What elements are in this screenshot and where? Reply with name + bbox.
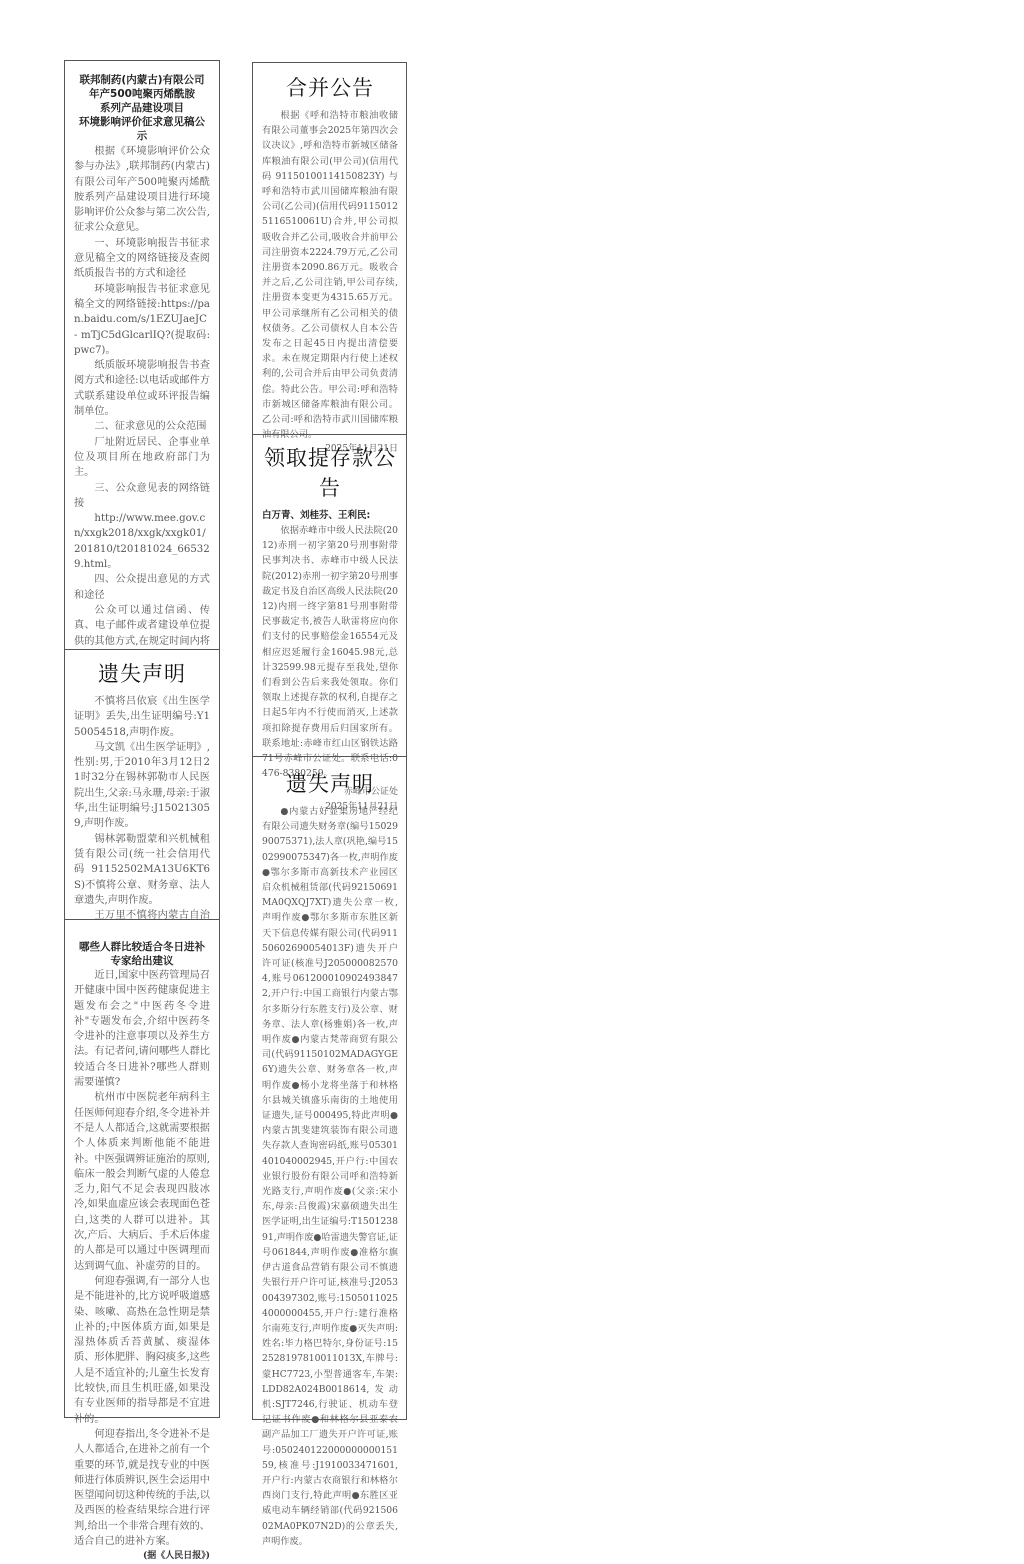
source: (据《人民日报》) xyxy=(74,1549,210,1564)
paragraph: 纸质版环境影响报告书查阅方式和途径:以电话或邮件方式联系建设单位或环评报告编制单… xyxy=(74,358,210,419)
section-title: 遗失声明 xyxy=(74,658,210,688)
paragraph: 根据《呼和浩特市粮油收储有限公司董事会2025年第四次会议决议》,呼和浩特市新城… xyxy=(262,108,398,442)
paragraph: 不慎将吕依宸《出生医学证明》丢失,出生证明编号:Y150054518,声明作废。 xyxy=(74,694,210,740)
lost-statement-2: 遗失声明 ●内蒙古好显集房地产经纪有限公司遗失财务章(编号15029900753… xyxy=(262,768,398,1549)
paragraph: 三、公众意见表的网络链接 xyxy=(74,481,210,512)
divider xyxy=(252,434,407,435)
paragraph: 二、征求意见的公众范围 xyxy=(74,419,210,434)
health-article-box: 哪些人群比较适合冬日进补 专家给出建议 近日,国家中医药管理局召开健康中国中医药… xyxy=(64,919,220,1418)
paragraph: 根据《环境影响评价公众参与办法》,联邦制药(内蒙古)有限公司年产500吨聚丙烯酰… xyxy=(74,144,210,236)
paragraph: 四、公众提出意见的方式和途径 xyxy=(74,572,210,603)
env-notice-box: 联邦制药(内蒙古)有限公司 年产500吨聚丙烯酰胺 系列产品建设项目 环境影响评… xyxy=(64,60,220,650)
section-title: 合并公告 xyxy=(262,72,398,102)
article-title: 哪些人群比较适合冬日进补 xyxy=(74,940,210,954)
paragraph: 厂址附近居民、企事业单位及项目所在地政府部门为主。 xyxy=(74,435,210,481)
link-paragraph[interactable]: 环境影响报告书征求意见稿全文的网络链接:https://pan.baidu.co… xyxy=(74,282,210,358)
env-notice-title: 联邦制药(内蒙古)有限公司 年产500吨聚丙烯酰胺 系列产品建设项目 环境影响评… xyxy=(74,73,210,143)
paragraph: ●内蒙古好显集房地产经纪有限公司遗失财务章(编号1502990075371),法… xyxy=(262,804,398,1549)
paragraph: 近日,国家中医药管理局召开健康中国中医药健康促进主题发布会之"中医药冬令进补"专… xyxy=(74,968,210,1090)
addressee: 白万青、刘桂芬、王利民: xyxy=(262,508,398,523)
paragraph: 马文凯《出生医学证明》,性别:男,于2010年3月12日21时32分在锡林郭勒市… xyxy=(74,740,210,832)
section-title: 领取提存款公告 xyxy=(262,442,398,502)
paragraph: 依据赤峰市中级人民法院(2012)赤刑一初字第20号刑事附带民事判决书、赤峰市中… xyxy=(262,523,398,781)
paragraph: 一、环境影响报告书征求意见稿全文的网络链接及查阅纸质报告书的方式和途径 xyxy=(74,236,210,282)
merger-notice: 合并公告 根据《呼和浩特市粮油收储有限公司董事会2025年第四次会议决议》,呼和… xyxy=(262,72,398,457)
paragraph: 杭州市中医院老年病科主任医师何迎春介绍,冬令进补并不是人人都适合,这就需要根据个… xyxy=(74,1090,210,1274)
title-line: 环境影响评价征求意见稿公示 xyxy=(74,115,210,143)
url-link[interactable]: http://www.mee.gov.cn/xxgk2018/xxgk/xxgk… xyxy=(74,511,210,572)
paragraph: 锡林郭勒盟蒙和兴机械租赁有限公司(统一社会信用代码91152502MA13U6K… xyxy=(74,832,210,908)
section-title: 遗失声明 xyxy=(262,768,398,798)
paragraph: 何迎春强调,有一部分人也是不能进补的,比方说呼吸道感染、咳嗽、高热在急性期是禁止… xyxy=(74,1274,210,1427)
paragraph: 何迎春指出,冬令进补不是人人都适合,在进补之前有一个重要的环节,就是找专业的中医… xyxy=(74,1427,210,1549)
article-subtitle: 专家给出建议 xyxy=(74,954,210,968)
title-line: 联邦制药(内蒙古)有限公司 xyxy=(74,73,210,87)
title-line: 年产500吨聚丙烯酰胺 xyxy=(74,87,210,101)
lost-statement-box: 遗失声明 不慎将吕依宸《出生医学证明》丢失,出生证明编号:Y150054518,… xyxy=(64,649,220,920)
deposit-notice: 领取提存款公告 白万青、刘桂芬、王利民: 依据赤峰市中级人民法院(2012)赤刑… xyxy=(262,442,398,815)
title-line: 系列产品建设项目 xyxy=(74,101,210,115)
divider xyxy=(252,756,407,757)
